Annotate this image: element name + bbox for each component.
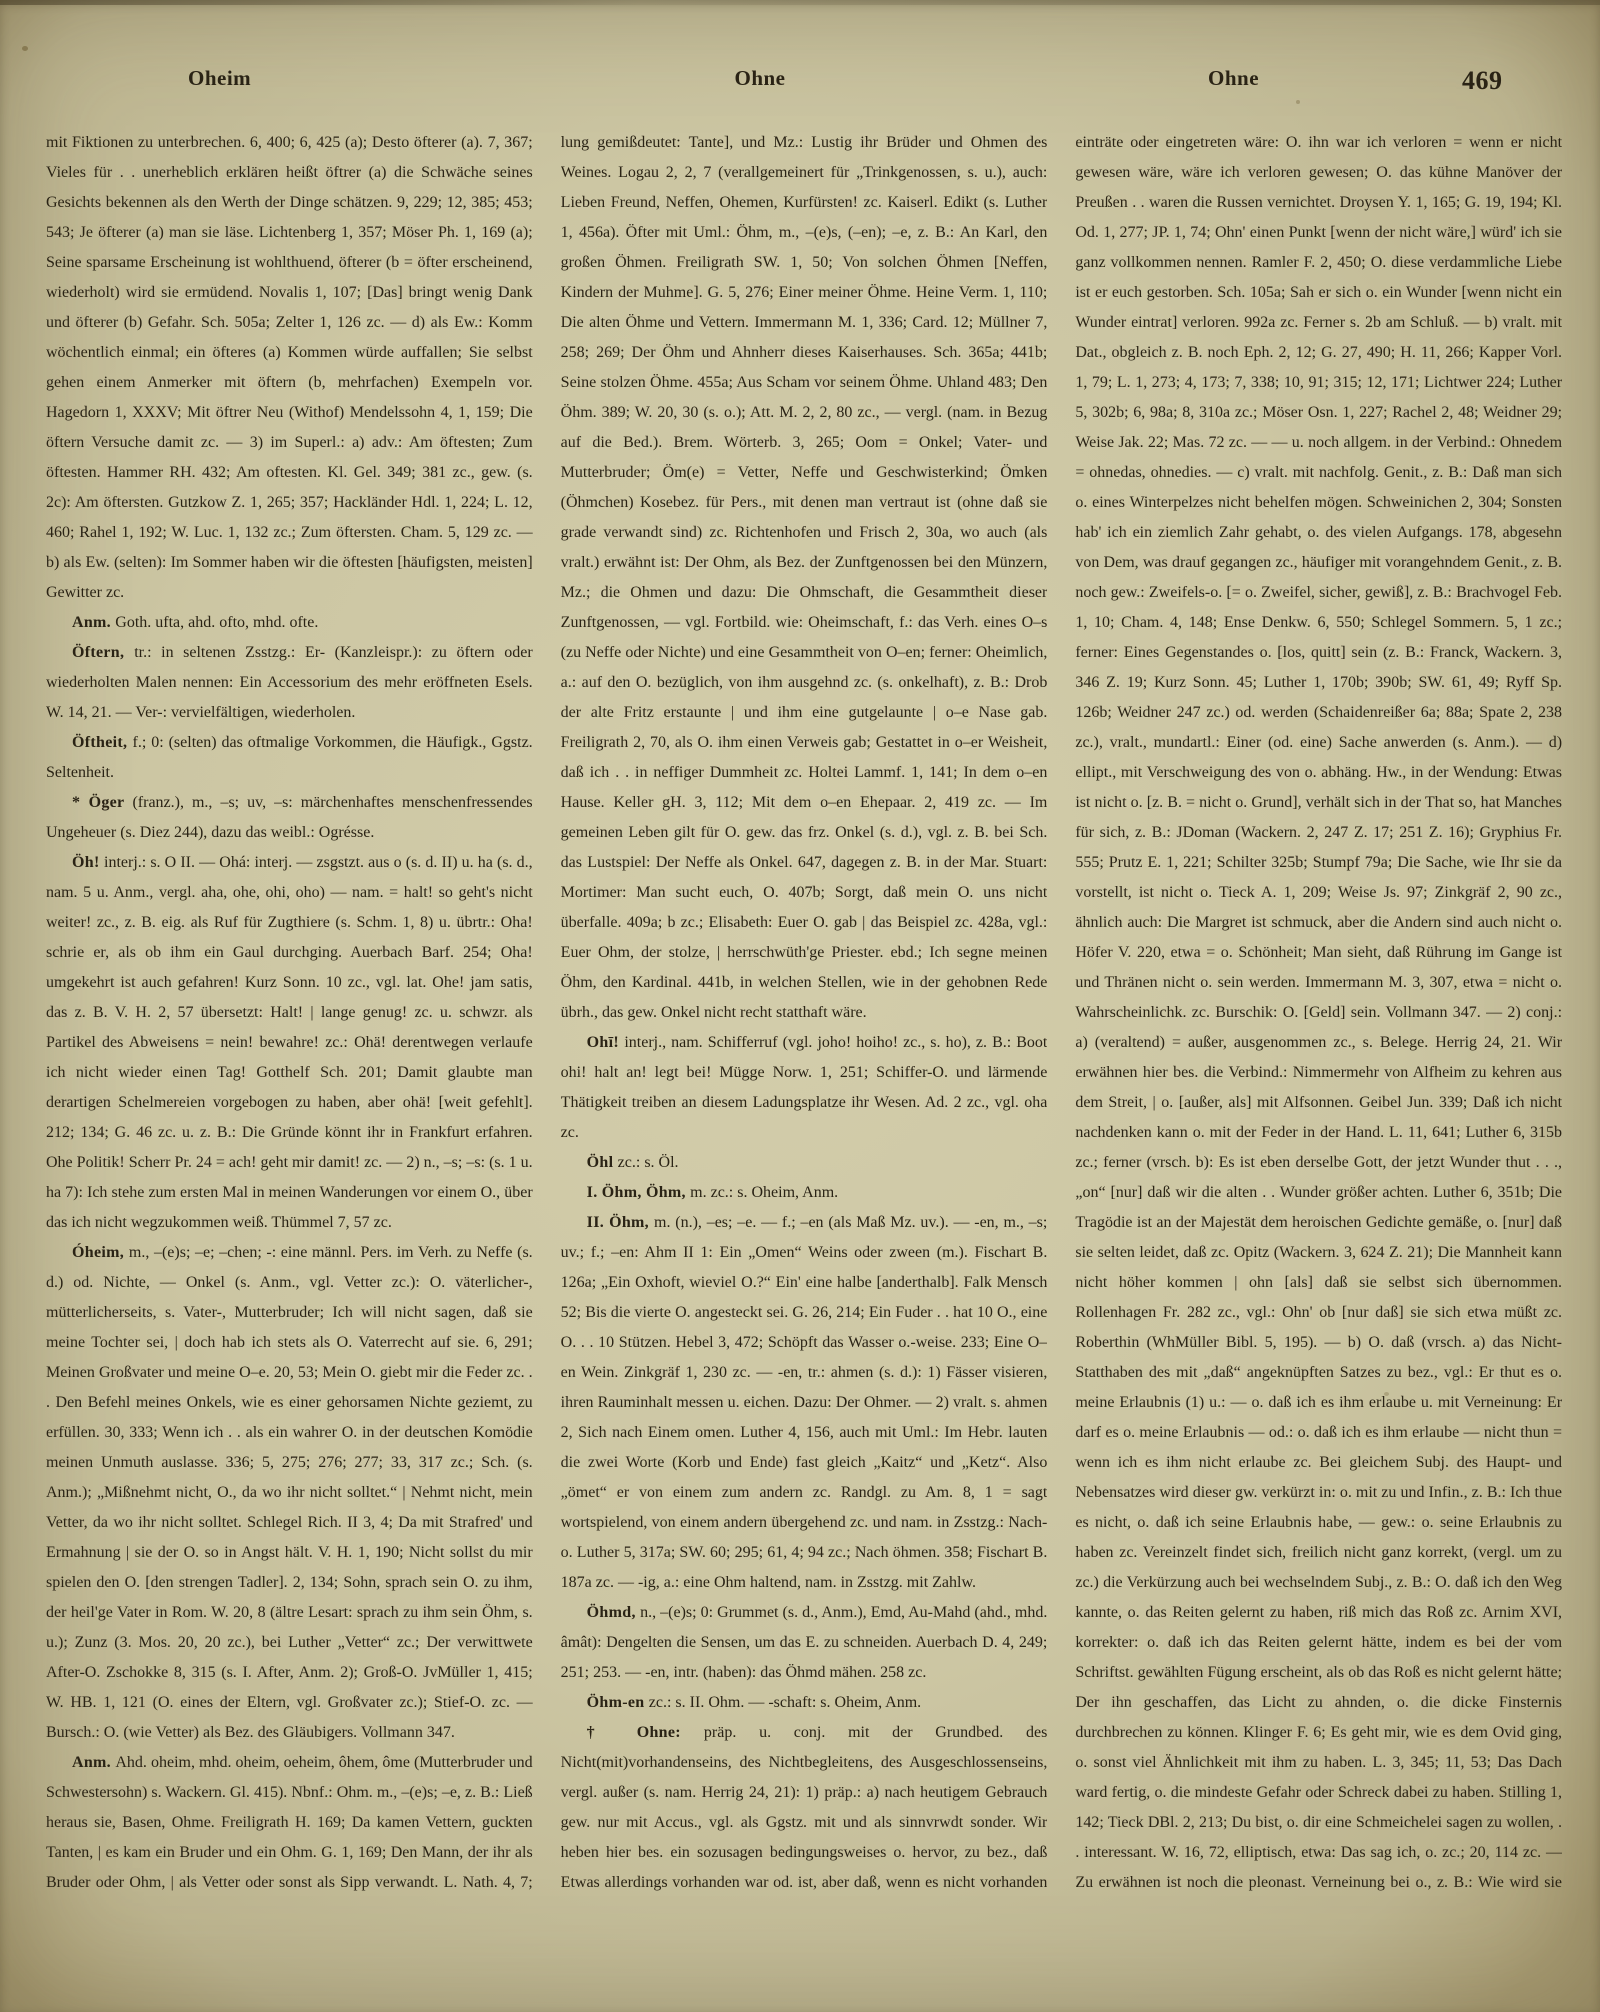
dictionary-paragraph: Öftheit, f.; 0: (selten) das oftmalige V… — [46, 728, 533, 788]
entry-headword: * Öger — [72, 794, 132, 811]
entry-headword: Ohī! — [587, 1034, 625, 1051]
entry-headword: Anm. — [72, 614, 115, 631]
column-2: lung gemißdeutet: Tante], und Mz.: Lusti… — [561, 128, 1048, 1896]
entry-headword: I. Öhm, Öhm, — [587, 1184, 690, 1201]
dictionary-paragraph: Öhm-en zc.: s. II. Ohm. — -schaft: s. Oh… — [561, 1688, 1048, 1718]
dictionary-paragraph: Ohī! interj., nam. Schifferruf (vgl. joh… — [561, 1028, 1048, 1148]
dictionary-paragraph: † Ohne: präp. u. conj. mit der Grundbed.… — [561, 1718, 1048, 1896]
dictionary-paragraph: Öhl zc.: s. Öl. — [561, 1148, 1048, 1178]
entry-headword: Öhl — [587, 1154, 618, 1171]
entry-headword: II. Öhm, — [587, 1214, 654, 1231]
running-head-center-keyword: Ohne — [734, 66, 785, 91]
paper-speck — [1296, 100, 1300, 104]
running-head-right-keyword: Ohne — [1208, 66, 1259, 91]
entry-headword: Öhm-en — [587, 1694, 649, 1711]
column-1: mit Fiktionen zu unterbrechen. 6, 400; 6… — [46, 128, 533, 1896]
entry-headword: Öftheit, — [72, 734, 133, 751]
entry-headword: † Ohne: — [587, 1724, 704, 1741]
dictionary-paragraph: Öh! interj.: s. O II. — Ohá: interj. — z… — [46, 848, 533, 1238]
entry-headword: Öhmd, — [587, 1604, 640, 1621]
column-3: einträte oder eingetreten wäre: O. ihn w… — [1075, 128, 1562, 1896]
dictionary-paragraph: lung gemißdeutet: Tante], und Mz.: Lusti… — [561, 128, 1048, 1028]
dictionary-paragraph: Óheim, m., –(e)s; –e; –chen; -: eine män… — [46, 1238, 533, 1748]
text-columns: mit Fiktionen zu unterbrechen. 6, 400; 6… — [46, 128, 1562, 1896]
dictionary-page-scan: { "page_header": { "left_keyword": "Ohei… — [0, 0, 1600, 2012]
dictionary-paragraph: Anm. Goth. ufta, ahd. ofto, mhd. ofte. — [46, 608, 533, 638]
page-top-edge — [0, 0, 1600, 5]
running-head: Oheim Ohne Ohne 469 — [0, 62, 1600, 98]
entry-headword: Öh! — [72, 854, 104, 871]
dictionary-paragraph: einträte oder eingetreten wäre: O. ihn w… — [1075, 128, 1562, 1896]
dictionary-paragraph: * Öger (franz.), m., –s; uv, –s: märchen… — [46, 788, 533, 848]
dictionary-paragraph: I. Öhm, Öhm, m. zc.: s. Oheim, Anm. — [561, 1178, 1048, 1208]
running-head-left-keyword: Oheim — [188, 66, 251, 91]
dictionary-paragraph: II. Öhm, m. (n.), –es; –e. — f.; –en (al… — [561, 1208, 1048, 1598]
entry-headword: Anm. — [72, 1754, 115, 1771]
dictionary-paragraph: Öftern, tr.: in seltenen Zsstzg.: Er- (K… — [46, 638, 533, 728]
dictionary-paragraph: mit Fiktionen zu unterbrechen. 6, 400; 6… — [46, 128, 533, 608]
entry-headword: Öftern, — [72, 644, 134, 661]
entry-headword: Óheim, — [72, 1244, 129, 1261]
page-number: 469 — [1462, 66, 1503, 96]
dictionary-paragraph: Öhmd, n., –(e)s; 0: Grummet (s. d., Anm.… — [561, 1598, 1048, 1688]
paper-speck — [22, 46, 28, 51]
dictionary-paragraph: Anm. Ahd. oheim, mhd. oheim, oeheim, ôhe… — [46, 1748, 533, 1896]
